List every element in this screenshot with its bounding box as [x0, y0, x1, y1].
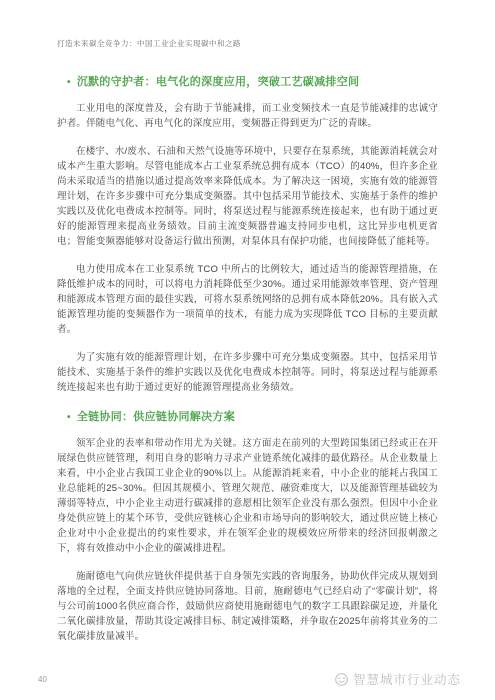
- footer-brand: 智慧城市行业动态: [334, 670, 461, 688]
- section-electrification: • 沉默的守护者：电气化的深度应用，突破工艺碳减排空间 工业用电的深度普及，会有…: [57, 73, 438, 395]
- paragraph: 施耐德电气向供应链伙伴提供基于自身领先实践的咨询服务，协助伙伴完成从规划到落地的…: [57, 569, 438, 644]
- section-supply-chain: • 全链协同：供应链协同解决方案 领军企业的表率和带动作用尤为关键。这方面走在前…: [57, 408, 438, 644]
- section-heading: • 全链协同：供应链协同解决方案: [67, 408, 438, 424]
- paragraph: 工业用电的深度普及，会有助于节能减排，而工业变频技术一直是节能减排的忠诚守护者。…: [57, 101, 438, 131]
- bullet-icon: •: [67, 77, 71, 88]
- section-heading: • 沉默的守护者：电气化的深度应用，突破工艺碳减排空间: [67, 73, 438, 89]
- page-content: 打造未来碳全竞争力：中国工业企业实现碳中和之路 • 沉默的守护者：电气化的深度应…: [57, 38, 438, 657]
- running-header: 打造未来碳全竞争力：中国工业企业实现碳中和之路: [57, 38, 438, 49]
- paragraph: 在楼宇、水/废水、石油和天然气设施等环境中，只要存在泵系统，其能源消耗就会对成本…: [57, 144, 438, 249]
- paragraph: 领军企业的表率和带动作用尤为关键。这方面走在前列的大型跨国集团已经或正在开展绿色…: [57, 436, 438, 556]
- footer-brand-text: 智慧城市行业动态: [353, 670, 461, 688]
- paragraph: 电力使用成本在工业泵系统 TCO 中所占的比例较大，通过适当的能源管理措施，在降…: [57, 262, 438, 337]
- page-number: 40: [38, 675, 47, 684]
- bullet-icon: •: [67, 412, 71, 423]
- smiley-logo-icon: [334, 672, 349, 687]
- paragraph: 为了实施有效的能源管理计划，在许多步骤中可充分集成变频器。其中，包括采用节能技术…: [57, 350, 438, 395]
- section-heading-text: 沉默的守护者：电气化的深度应用，突破工艺碳减排空间: [77, 73, 360, 89]
- document-page: 打造未来碳全竞争力：中国工业企业实现碳中和之路 • 沉默的守护者：电气化的深度应…: [0, 0, 495, 700]
- section-heading-text: 全链协同：供应链协同解决方案: [77, 408, 235, 424]
